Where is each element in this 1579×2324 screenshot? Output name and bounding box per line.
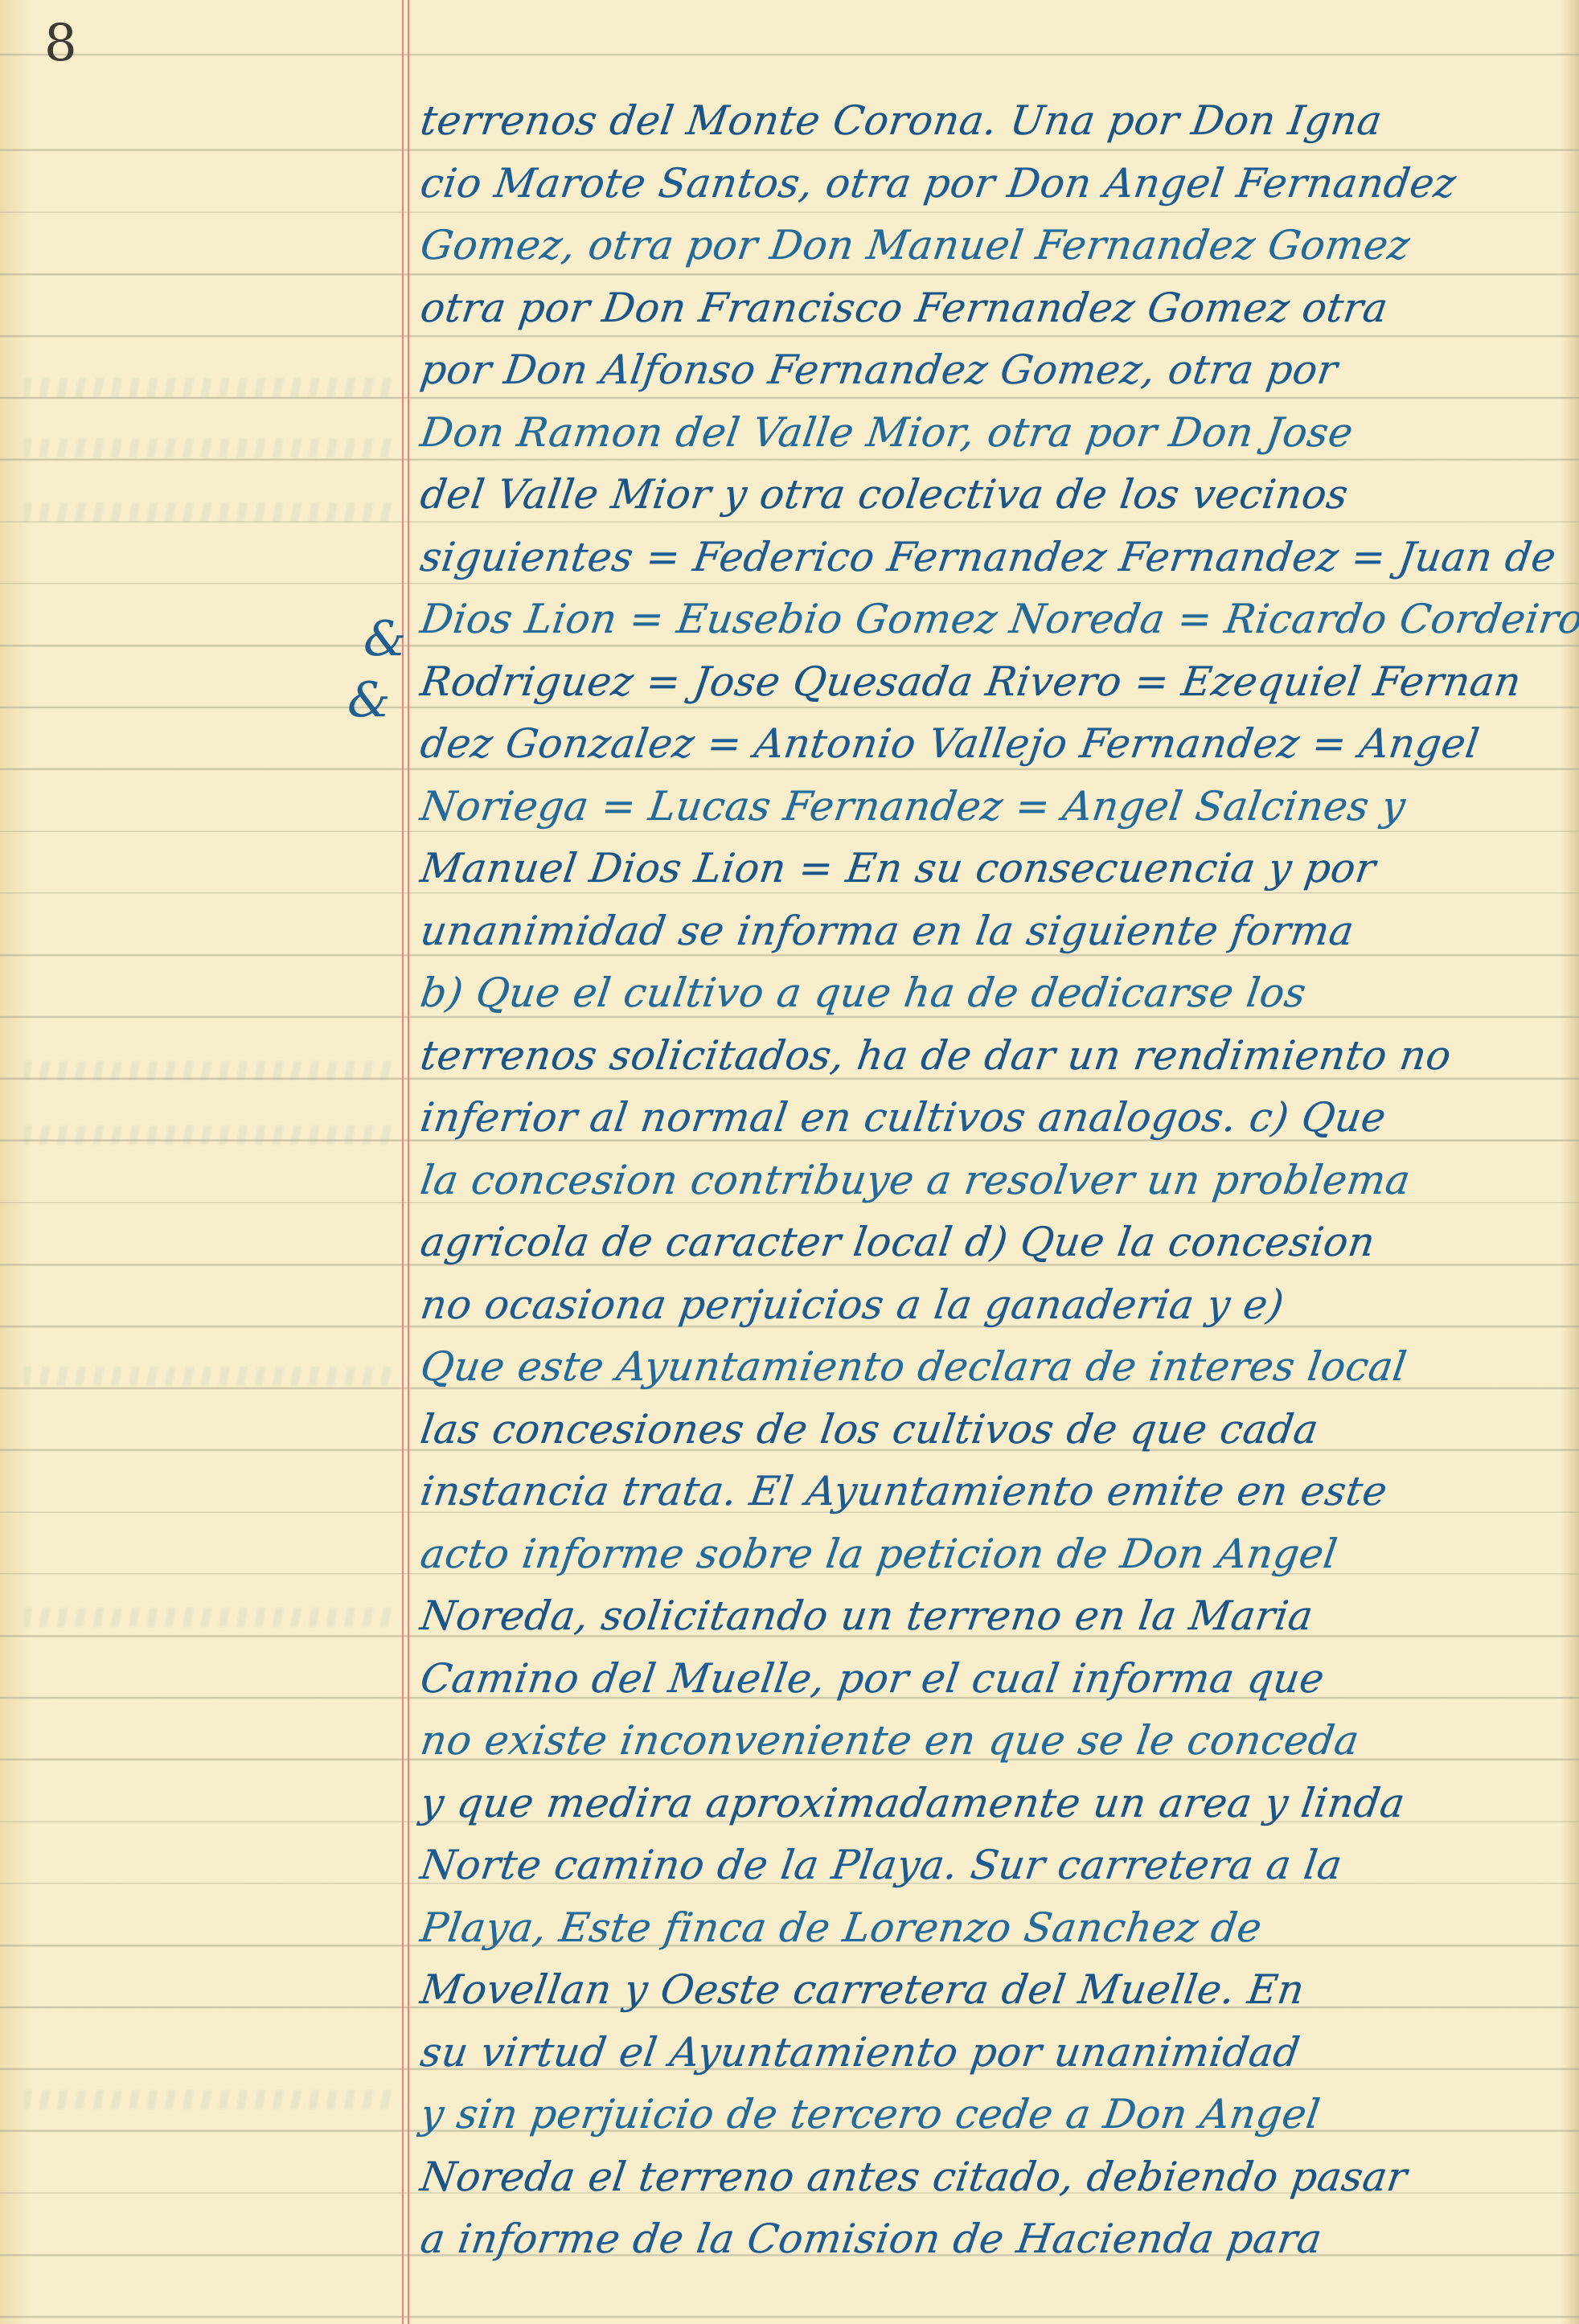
margin-rule-left <box>402 0 404 2324</box>
handwritten-line: Gomez, otra por Don Manuel Fernandez Gom… <box>408 215 1575 277</box>
handwritten-line: Rodriguez = Jose Quesada Rivero = Ezequi… <box>408 651 1575 714</box>
handwritten-line: terrenos del Monte Corona. Una por Don I… <box>408 90 1575 153</box>
handwritten-line: por Don Alfonso Fernandez Gomez, otra po… <box>408 339 1575 402</box>
handwritten-line: Dios Lion = Eusebio Gomez Noreda = Ricar… <box>408 588 1575 651</box>
margin-flourish: & <box>363 611 406 667</box>
handwritten-line: y que medira aproximadamente un area y l… <box>408 1773 1575 1835</box>
handwritten-line: no existe inconveniente en que se le con… <box>408 1710 1575 1773</box>
handwritten-line: Noreda, solicitando un terreno en la Mar… <box>408 1585 1575 1648</box>
handwritten-line: Manuel Dios Lion = En su consecuencia y … <box>408 838 1575 900</box>
handwritten-text-block: terrenos del Monte Corona. Una por Don I… <box>408 90 1566 2271</box>
page-number: 8 <box>44 18 77 69</box>
handwritten-line: siguientes = Federico Fernandez Fernande… <box>408 527 1575 589</box>
handwritten-line: las concesiones de los cultivos de que c… <box>408 1399 1575 1461</box>
bleed-through-mark <box>24 1367 394 1386</box>
bleed-through-mark <box>24 1061 394 1080</box>
handwritten-line: instancia trata. El Ayuntamiento emite e… <box>408 1461 1575 1523</box>
handwritten-line: Noriega = Lucas Fernandez = Angel Salcin… <box>408 776 1575 838</box>
handwritten-line: cio Marote Santos, otra por Don Angel Fe… <box>408 153 1575 215</box>
handwritten-line: del Valle Mior y otra colectiva de los v… <box>408 464 1575 527</box>
bleed-through-mark <box>24 1608 394 1627</box>
handwritten-line: Camino del Muelle, por el cual informa q… <box>408 1648 1575 1711</box>
bleed-through-mark <box>24 2090 394 2109</box>
handwritten-line: b) Que el cultivo a que ha de dedicarse … <box>408 962 1575 1025</box>
handwritten-line: a informe de la Comision de Hacienda par… <box>408 2208 1575 2271</box>
handwritten-line: Noreda el terreno antes citado, debiendo… <box>408 2146 1575 2209</box>
bleed-through-mark <box>24 378 394 397</box>
handwritten-line: agricola de caracter local d) Que la con… <box>408 1211 1575 1274</box>
bleed-through-mark <box>24 502 394 522</box>
handwritten-line: inferior al normal en cultivos analogos.… <box>408 1087 1575 1150</box>
handwritten-line: terrenos solicitados, ha de dar un rendi… <box>408 1025 1575 1088</box>
document-page: 8 & & terrenos del Monte Corona. Una por… <box>0 0 1579 2324</box>
handwritten-line: otra por Don Francisco Fernandez Gomez o… <box>408 277 1575 340</box>
handwritten-line: Que este Ayuntamiento declara de interes… <box>408 1336 1575 1399</box>
handwritten-line: y sin perjuicio de tercero cede a Don An… <box>408 2084 1575 2146</box>
handwritten-line: Don Ramon del Valle Mior, otra por Don J… <box>408 402 1575 465</box>
handwritten-line: dez Gonzalez = Antonio Vallejo Fernandez… <box>408 713 1575 776</box>
bleed-through-mark <box>24 438 394 457</box>
handwritten-line: acto informe sobre la peticion de Don An… <box>408 1523 1575 1586</box>
handwritten-line: su virtud el Ayuntamiento por unanimidad <box>408 2022 1575 2084</box>
bleed-through-mark <box>24 1125 394 1145</box>
handwritten-line: Playa, Este finca de Lorenzo Sanchez de <box>408 1897 1575 1960</box>
handwritten-line: Movellan y Oeste carretera del Muelle. E… <box>408 1959 1575 2022</box>
handwritten-line: la concesion contribuye a resolver un pr… <box>408 1150 1575 1212</box>
handwritten-line: no ocasiona perjuicios a la ganaderia y … <box>408 1274 1575 1337</box>
handwritten-line: Norte camino de la Playa. Sur carretera … <box>408 1834 1575 1897</box>
margin-flourish: & <box>347 672 390 728</box>
handwritten-line: unanimidad se informa en la siguiente fo… <box>408 900 1575 963</box>
